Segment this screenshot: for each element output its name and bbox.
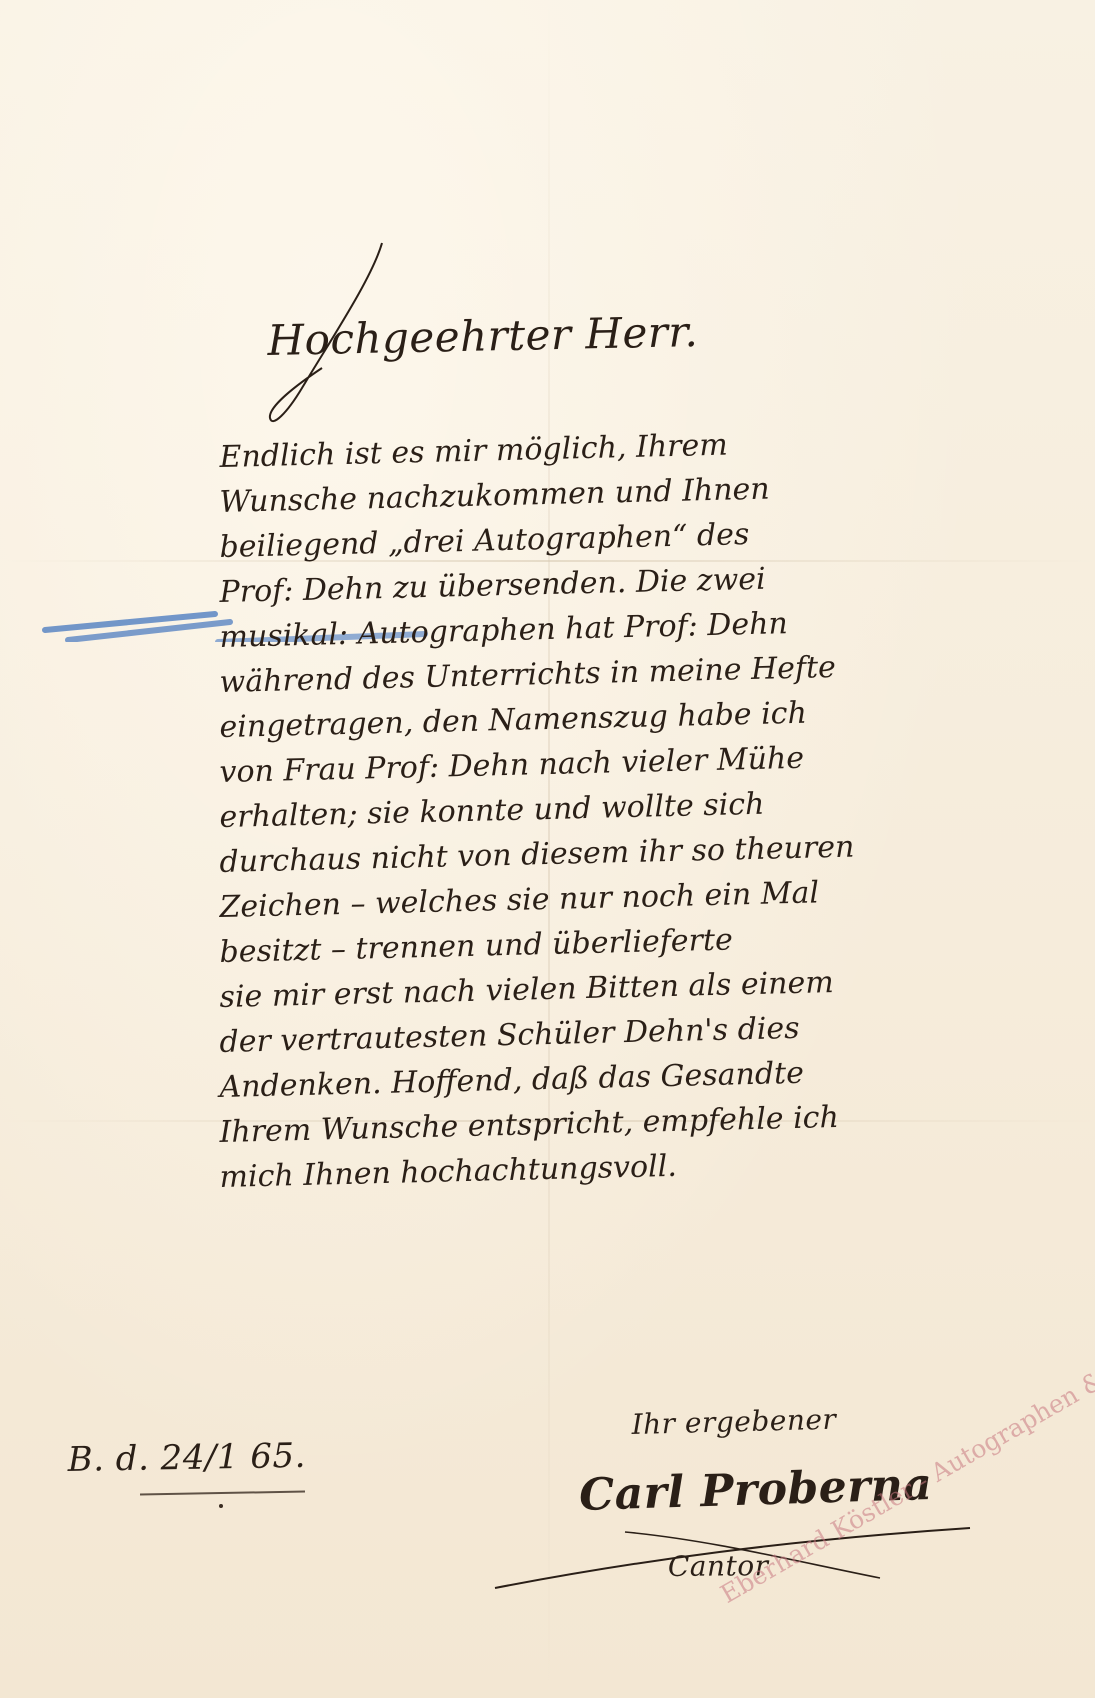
body-line: eingetragen, den Namenszug habe ich: [219, 696, 807, 745]
body-line: mich Ihnen hochachtungsvoll.: [219, 1149, 677, 1195]
letter-date: B. d. 24/1 65.: [67, 1436, 306, 1480]
letter-page: Hochgeehrter Herr. Endlich ist es mir mö…: [0, 0, 1095, 1698]
body-line: besitzt – trennen und überlieferte: [219, 922, 733, 970]
body-line: sie mir erst nach vielen Bitten als eine…: [219, 965, 834, 1015]
body-line: durchaus nicht von diesem ihr so theuren: [219, 829, 855, 880]
body-line: erhalten; sie konnte und wollte sich: [219, 787, 765, 835]
body-line: Prof: Dehn zu übersenden. Die zwei: [219, 562, 766, 610]
closing-phrase: Ihr ergebener: [631, 1403, 837, 1441]
body-line: während des Unterrichts in meine Hefte: [219, 650, 836, 700]
body-line: der vertrautesten Schüler Dehn's dies: [219, 1011, 800, 1060]
date-underline: [140, 1491, 305, 1496]
date-dot: [219, 1504, 223, 1508]
body-line: von Frau Prof: Dehn nach vieler Mühe: [219, 741, 804, 790]
salutation: Hochgeehrter Herr.: [267, 307, 699, 365]
body-line: Zeichen – welches sie nur noch ein Mal: [219, 875, 819, 925]
body-line: beiliegend „drei Autographen“ des: [219, 517, 750, 565]
body-line: Wunsche nachzukommen und Ihnen: [219, 472, 770, 520]
body-line: Ihrem Wunsche entspricht, empfehle ich: [219, 1100, 839, 1150]
body-line: Andenken. Hoffend, daß das Gesandte: [219, 1056, 804, 1105]
